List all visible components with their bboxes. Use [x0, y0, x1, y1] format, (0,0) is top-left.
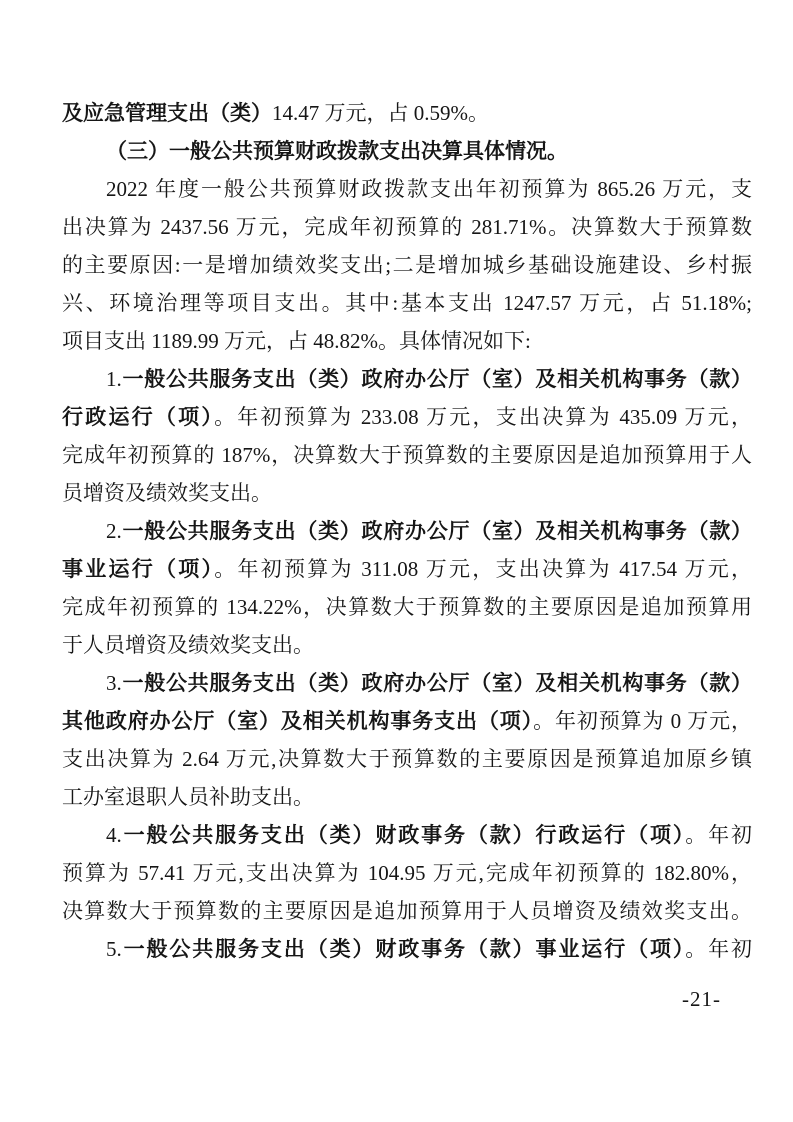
bold-text-run: 及应急管理支出（类） [62, 101, 272, 125]
text-line: 兴、环境治理等项目支出。其中:基本支出 1247.57 万元，占 51.18%; [62, 284, 752, 322]
text-line: 出决算为 2437.56 万元，完成年初预算的 281.71%。决算数大于预算数 [62, 208, 752, 246]
text-run: 的主要原因:一是增加绩效奖支出;二是增加城乡基础设施建设、乡村振 [62, 253, 752, 277]
bold-text-run: 一般公共服务支出（类）政府办公厅（室）及相关机构事务（款） [122, 367, 752, 391]
text-line: 事业运行（项）。年初预算为 311.08 万元，支出决算为 417.54 万元， [62, 550, 752, 588]
text-run: 4. [106, 823, 122, 847]
text-line: 完成年初预算的 187%，决算数大于预算数的主要原因是追加预算用于人 [62, 436, 752, 474]
text-run: 工办室退职人员补助支出。 [62, 785, 314, 809]
document-body: 及应急管理支出（类）14.47 万元，占 0.59%。（三）一般公共预算财政拨款… [62, 94, 752, 968]
text-line: 决算数大于预算数的主要原因是追加预算用于人员增资及绩效奖支出。 [62, 892, 752, 930]
text-line: 及应急管理支出（类）14.47 万元，占 0.59%。 [62, 94, 752, 132]
document-page: 及应急管理支出（类）14.47 万元，占 0.59%。（三）一般公共预算财政拨款… [0, 0, 793, 1122]
text-line: 支出决算为 2.64 万元,决算数大于预算数的主要原因是预算追加原乡镇 [62, 740, 752, 778]
text-run: 。年初 [685, 823, 752, 847]
text-run: 2022 年度一般公共预算财政拨款支出年初预算为 865.26 万元，支 [106, 177, 752, 201]
text-line: 于人员增资及绩效奖支出。 [62, 626, 752, 664]
bold-text-run: 一般公共服务支出（类）政府办公厅（室）及相关机构事务（款） [122, 671, 752, 695]
text-line: 项目支出 1189.99 万元，占 48.82%。具体情况如下: [62, 322, 752, 360]
page-number: -21- [682, 984, 721, 1014]
bold-text-run: 一般公共服务支出（类）政府办公厅（室）及相关机构事务（款） [122, 519, 752, 543]
text-line: 完成年初预算的 134.22%，决算数大于预算数的主要原因是追加预算用 [62, 588, 752, 626]
bold-text-run: （三）一般公共预算财政拨款支出决算具体情况。 [106, 139, 568, 163]
text-run: 2. [106, 519, 122, 543]
text-line: 其他政府办公厅（室）及相关机构事务支出（项）。年初预算为 0 万元， [62, 702, 752, 740]
text-run: 。年初预算为 0 万元， [533, 709, 752, 733]
text-line: 3.一般公共服务支出（类）政府办公厅（室）及相关机构事务（款） [62, 664, 752, 702]
text-line: 1.一般公共服务支出（类）政府办公厅（室）及相关机构事务（款） [62, 360, 752, 398]
text-run: 。年初 [685, 937, 752, 961]
bold-text-run: 一般公共服务支出（类）财政事务（款）事业运行（项） [122, 937, 685, 961]
text-run: 完成年初预算的 187%，决算数大于预算数的主要原因是追加预算用于人 [62, 443, 752, 467]
text-run: 出决算为 2437.56 万元，完成年初预算的 281.71%。决算数大于预算数 [62, 215, 752, 239]
text-line: 的主要原因:一是增加绩效奖支出;二是增加城乡基础设施建设、乡村振 [62, 246, 752, 284]
text-run: 决算数大于预算数的主要原因是追加预算用于人员增资及绩效奖支出。 [62, 899, 752, 923]
text-line: 预算为 57.41 万元,支出决算为 104.95 万元,完成年初预算的 182… [62, 854, 752, 892]
text-run: 兴、环境治理等项目支出。其中:基本支出 1247.57 万元，占 51.18%; [62, 291, 752, 315]
text-run: 支出决算为 2.64 万元,决算数大于预算数的主要原因是预算追加原乡镇 [62, 747, 752, 771]
text-run: 项目支出 1189.99 万元，占 48.82%。具体情况如下: [62, 329, 531, 353]
text-line: （三）一般公共预算财政拨款支出决算具体情况。 [62, 132, 752, 170]
text-line: 2.一般公共服务支出（类）政府办公厅（室）及相关机构事务（款） [62, 512, 752, 550]
bold-text-run: 其他政府办公厅（室）及相关机构事务支出（项） [62, 709, 533, 733]
text-line: 员增资及绩效奖支出。 [62, 474, 752, 512]
text-run: 1. [106, 367, 122, 391]
text-line: 工办室退职人员补助支出。 [62, 778, 752, 816]
text-run: 3. [106, 671, 122, 695]
text-line: 4.一般公共服务支出（类）财政事务（款）行政运行（项）。年初 [62, 816, 752, 854]
bold-text-run: 行政运行（项） [62, 405, 214, 429]
text-line: 2022 年度一般公共预算财政拨款支出年初预算为 865.26 万元，支 [62, 170, 752, 208]
text-line: 5.一般公共服务支出（类）财政事务（款）事业运行（项）。年初 [62, 930, 752, 968]
text-run: 5. [106, 937, 122, 961]
text-run: 。年初预算为 311.08 万元，支出决算为 417.54 万元， [214, 557, 752, 581]
text-run: 完成年初预算的 134.22%，决算数大于预算数的主要原因是追加预算用 [62, 595, 752, 619]
text-run: 14.47 万元，占 0.59%。 [272, 101, 489, 125]
text-run: 预算为 57.41 万元,支出决算为 104.95 万元,完成年初预算的 182… [62, 861, 752, 885]
text-run: 员增资及绩效奖支出。 [62, 481, 272, 505]
text-run: 。年初预算为 233.08 万元，支出决算为 435.09 万元， [214, 405, 752, 429]
bold-text-run: 一般公共服务支出（类）财政事务（款）行政运行（项） [122, 823, 685, 847]
bold-text-run: 事业运行（项） [62, 557, 214, 581]
text-run: 于人员增资及绩效奖支出。 [62, 633, 314, 657]
text-line: 行政运行（项）。年初预算为 233.08 万元，支出决算为 435.09 万元， [62, 398, 752, 436]
